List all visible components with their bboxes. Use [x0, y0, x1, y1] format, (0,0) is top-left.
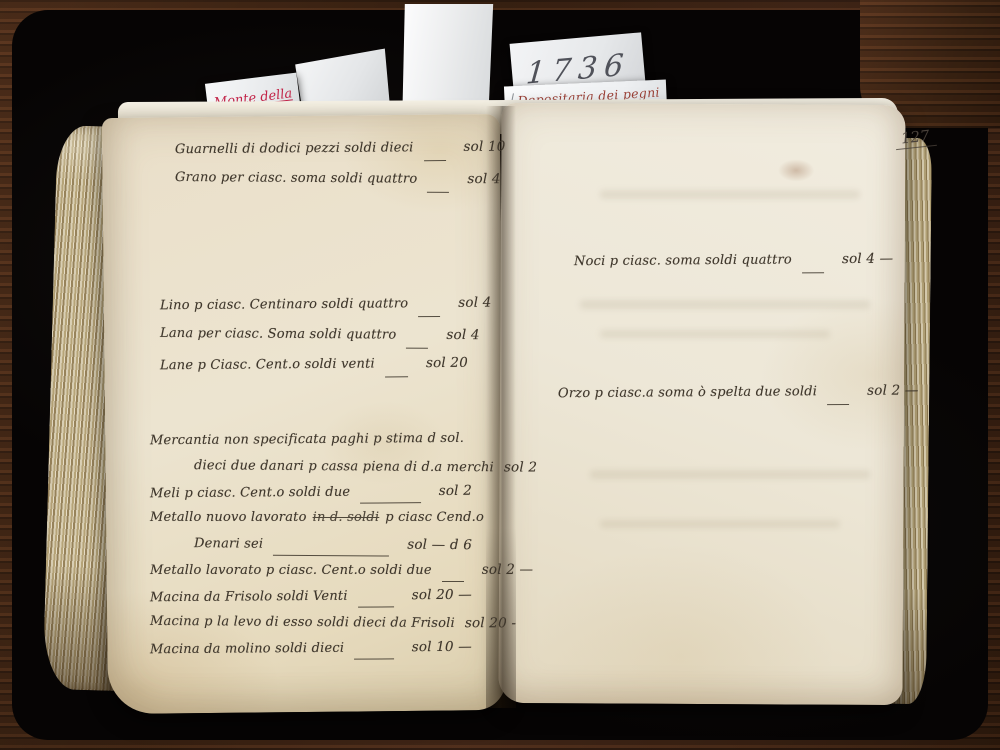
folio-number: 127: [894, 126, 937, 150]
ledger-entry-line: dieci due danari p cassa piena di d.a me…: [150, 457, 472, 484]
entry-text: Meli p ciasc. Cent.o soldi due: [150, 485, 350, 502]
entry-amount: sol 4: [448, 295, 491, 311]
ruled-dash: [827, 403, 849, 405]
entry-amount: sol — d 6: [397, 537, 472, 554]
entry-text: Lana per ciasc. Soma soldi quattro: [160, 326, 396, 343]
left-page-entry-block-3: Mercantia non specificata paghi p stima …: [150, 432, 472, 666]
ruled-dash: [354, 657, 394, 659]
entry-text: Orzo p ciasc.a soma ò spelta due soldi: [558, 384, 817, 401]
ruled-dash: [802, 271, 824, 273]
entry-text: Lane p Ciasc. Cent.o soldi venti: [160, 357, 375, 374]
photo-stage: 1736 Depositaria dei pegni Monte della P…: [0, 0, 1000, 750]
ledger-entry-line: Mercantia non specificata paghi p stima …: [150, 431, 472, 459]
entry-text-after: p ciasc Cend.o: [385, 510, 484, 525]
left-page-entry-block-2: Lino p ciasc. Centinaro soldi quattro so…: [160, 296, 468, 386]
entry-amount: sol 2: [429, 483, 472, 499]
ledger-entry-line: Lino p ciasc. Centinaro soldi quattro so…: [160, 295, 468, 324]
entry-struck-text: in d. soldi: [313, 510, 380, 525]
ledger-entry-line: Macina da molino soldi dieci sol 10 —: [150, 639, 472, 667]
entry-text: Lino p ciasc. Centinaro soldi quattro: [160, 296, 408, 313]
ruled-dash: [358, 605, 394, 607]
ink-show-through: [590, 470, 870, 479]
ledger-entry-line: Lane p Ciasc. Cent.o soldi venti sol 20: [160, 355, 468, 384]
ledger-entry-line: Grano per ciasc. soma soldi quattro sol …: [175, 169, 470, 198]
ink-show-through: [600, 520, 840, 528]
entry-text: Noci p ciasc. soma soldi quattro: [574, 252, 792, 269]
entry-amount: sol 20 -: [455, 615, 516, 631]
ink-show-through: [600, 190, 860, 199]
ledger-entry-line: Denari sei sol — d 6: [150, 535, 472, 562]
left-page-entry-block-1: Guarnelli di dodici pezzi soldi dieci so…: [175, 140, 470, 200]
ledger-entry-line: Guarnelli di dodici pezzi soldi dieci so…: [175, 139, 470, 168]
ledger-entry-line: Meli p ciasc. Cent.o soldi due sol 2: [150, 483, 472, 511]
ledger-entry-line: Macina da Frisolo soldi Venti sol 20 —: [150, 587, 472, 615]
entry-text: Metallo nuovo lavorato: [150, 510, 307, 525]
ledger-entry-line: Metallo lavorato p ciasc. Cent.o soldi d…: [150, 562, 472, 587]
ledger-entry-line: Lana per ciasc. Soma soldi quattro sol 4: [160, 325, 468, 354]
ledger-entry-line: Metallo nuovo lavorato in d. soldi p cia…: [150, 510, 472, 535]
ruled-dash: [418, 315, 440, 317]
ruled-dash: [385, 375, 408, 377]
entry-amount: sol 10: [453, 139, 505, 155]
entry-amount: sol 4 —: [832, 251, 894, 267]
entry-amount: sol 20 —: [402, 587, 472, 604]
ink-show-through: [600, 330, 830, 338]
entry-amount: sol 20: [416, 355, 468, 371]
ruled-dash: [406, 347, 428, 349]
entry-text: Macina da molino soldi dieci: [150, 641, 344, 658]
entry-text: dieci due danari p cassa piena di d.a me…: [194, 458, 494, 475]
ruled-dash: [427, 191, 449, 193]
right-page-entry-block-2: Orzo p ciasc.a soma ò spelta due soldi s…: [558, 384, 870, 411]
ruled-dash: [424, 159, 446, 161]
entry-amount: sol 4: [436, 327, 479, 343]
entry-text: Metallo lavorato p ciasc. Cent.o soldi d…: [150, 563, 432, 578]
ledger-entry-line: Noci p ciasc. soma soldi quattro sol 4 —: [574, 251, 874, 280]
entry-amount: sol 10 —: [402, 639, 472, 656]
entry-amount: sol 2 —: [857, 382, 919, 398]
ledger-entry-line: Orzo p ciasc.a soma ò spelta due soldi s…: [558, 383, 870, 412]
ink-show-through: [580, 300, 870, 309]
entry-amount: sol 4: [457, 171, 500, 187]
entry-text: Guarnelli di dodici pezzi soldi dieci: [175, 140, 414, 157]
right-page-entry-block-1: Noci p ciasc. soma soldi quattro sol 4 —: [574, 252, 874, 279]
ledger-entry-line: Macina p la levo di esso soldi dieci da …: [150, 613, 472, 640]
entry-text: Grano per ciasc. soma soldi quattro: [175, 170, 417, 187]
entry-amount: sol 2 —: [472, 562, 533, 578]
entry-text: Denari sei: [194, 536, 263, 551]
ruled-dash: [273, 554, 389, 557]
ruled-dash: [442, 580, 464, 582]
entry-text: Macina da Frisolo soldi Venti: [150, 589, 348, 606]
entry-text: Macina p la levo di esso soldi dieci da …: [150, 614, 455, 631]
ruled-dash: [360, 501, 420, 503]
entry-amount: sol 2: [494, 459, 537, 475]
entry-text: Mercantia non specificata paghi p stima …: [150, 431, 464, 448]
